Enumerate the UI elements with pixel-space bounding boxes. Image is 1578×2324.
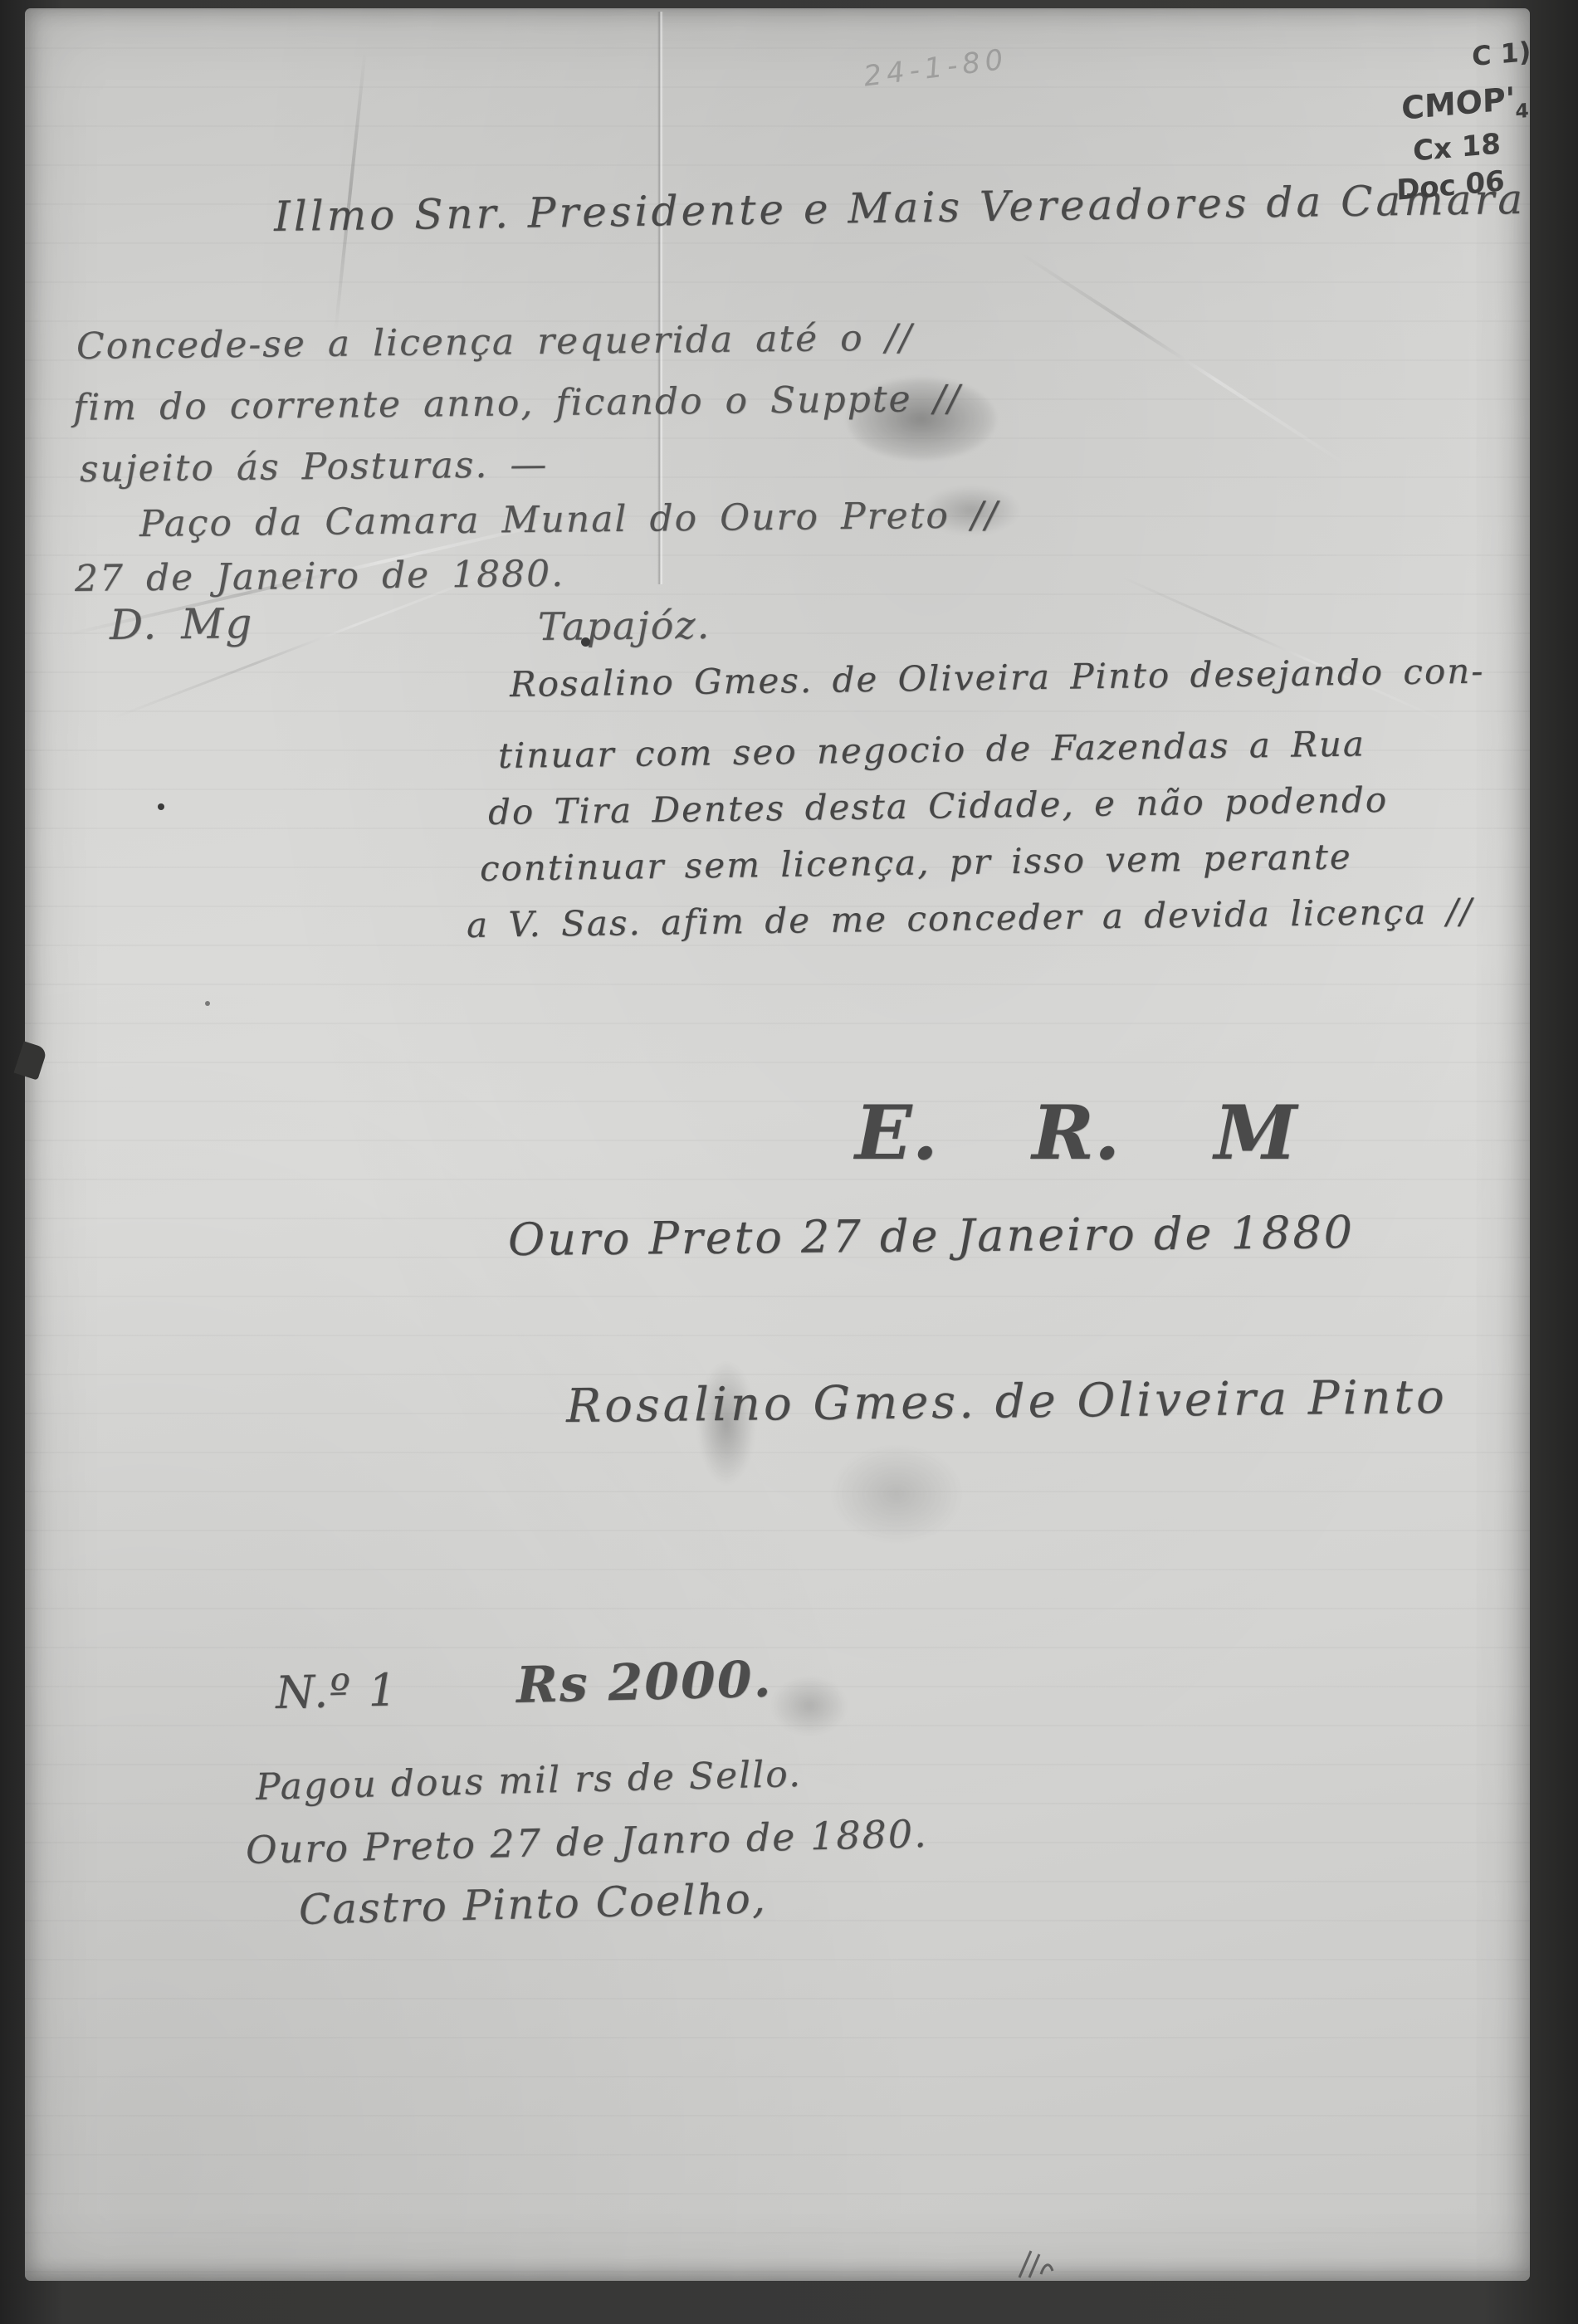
closing-formula: E. R. M xyxy=(855,1089,1297,1177)
document-date-line: Ouro Preto 27 de Janeiro de 1880 xyxy=(508,1206,1356,1266)
despacho-date-line: 27 de Janeiro de 1880. xyxy=(75,553,565,600)
despacho-line-3: sujeito ás Posturas. — xyxy=(80,443,549,491)
archive-corner-code: C 1) xyxy=(1472,36,1532,72)
registry-number: N.º 1 xyxy=(275,1663,398,1719)
despacho-initials: D. Mg xyxy=(110,599,254,649)
despacho-place-line: Paço da Camara Munal do Ouro Preto // xyxy=(139,494,999,545)
pencil-scribble xyxy=(1014,2246,1064,2279)
petitioner-signature: Rosalino Gmes. de Oliveira Pinto xyxy=(566,1370,1448,1433)
despacho-line-1: Concede-se a licença requerida até o // xyxy=(76,316,914,368)
archive-fonds-subscript: 4 xyxy=(1515,99,1529,123)
document-scan: C 1) CMOP'4 Cx 18 Doc 06 24-1-80 Illmo S… xyxy=(0,0,1578,2324)
registry-fee: Rs 2000. xyxy=(515,1650,773,1715)
clerk-rubric: Tapajóz. xyxy=(538,603,711,649)
